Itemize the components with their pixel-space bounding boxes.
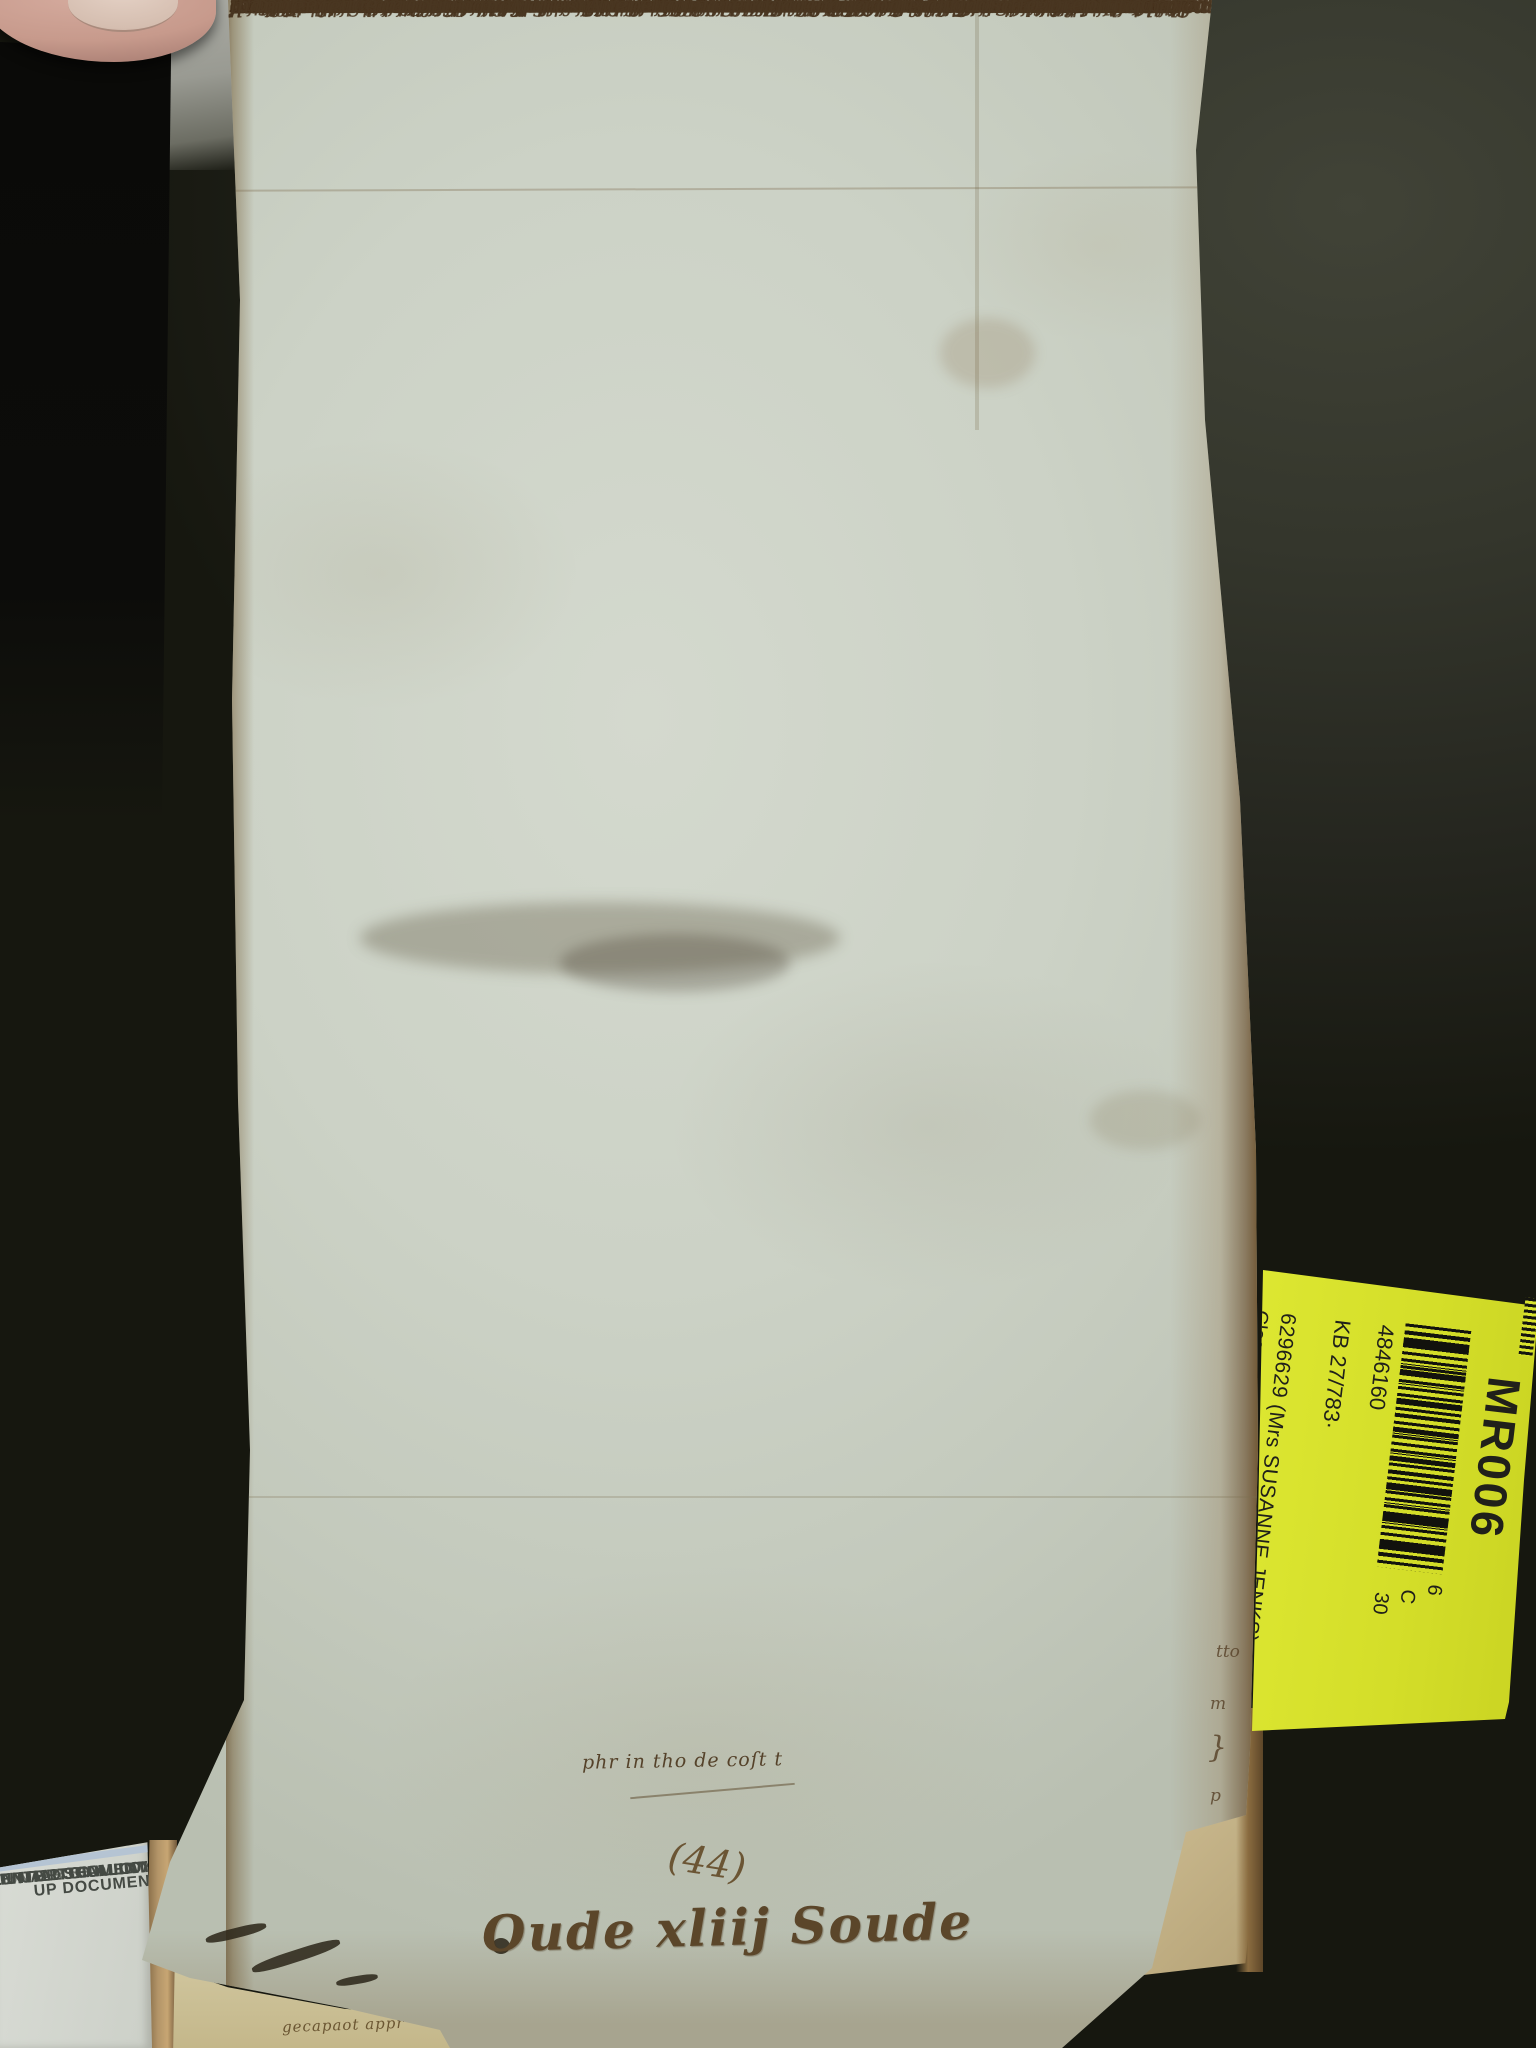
postscript-line: phr in tho de coſt t <box>582 1748 783 1774</box>
order-number-text: 4846160 <box>1363 1323 1399 1411</box>
slot-item-text: C <box>1395 1588 1420 1605</box>
parchment-texture <box>130 0 1270 2048</box>
manuscript-line: indm ei te Et pdno Johes Anepello preten… <box>230 0 1206 37</box>
slot-item-text: 30 <box>1367 1591 1392 1616</box>
right-margin-mark: p <box>1210 1786 1221 1806</box>
location-code-text: MR006 <box>1459 1374 1532 1543</box>
archive-order-label: Closure status: Open 6296629 (Mrs SUSANN… <box>1250 1268 1536 1733</box>
right-margin-mark: } <box>1208 1730 1227 1765</box>
printed-notice-fragment: UP DOCUMENTSENTIAL TO ALLOWOUNTER SHOULD… <box>0 1838 152 2048</box>
slot-item-text: 6 <box>1422 1583 1446 1597</box>
parchment-right-edge <box>1170 0 1262 1850</box>
document-reference-text: KB 27/783· <box>1317 1318 1356 1430</box>
right-margin-mark: tto <box>1216 1642 1240 1662</box>
ink-stain <box>1090 1090 1200 1150</box>
photograph-of-manuscript: gecapaot appr UP DOCUMENTSENTIAL TO ALLO… <box>0 0 1536 2048</box>
parchment-seam <box>240 1496 1260 1498</box>
right-margin-mark: m <box>1210 1694 1226 1714</box>
left-margin-note: co <box>212 338 229 356</box>
parchment-left-edge <box>226 0 254 2010</box>
ink-stain <box>560 934 790 992</box>
fingernail <box>68 0 178 32</box>
parchment-membrane: ad inqrend de omibʒ t ſinglis tranſſp op… <box>130 0 1270 2048</box>
black-support-board <box>0 42 184 822</box>
ink-stain <box>940 318 1035 388</box>
